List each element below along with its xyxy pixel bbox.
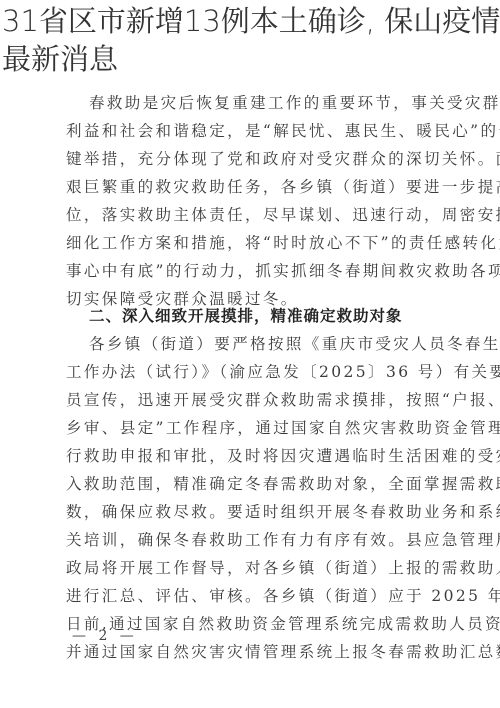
paragraph-1-line-7: 事心中有底”的行动力，抓实抓细冬春期间救灾救助各项工作， <box>66 259 500 281</box>
paragraph-2-line-8: 关培训，确保冬春救助工作有力有序有效。县应急管理局、县财 <box>66 528 500 550</box>
paragraph-2-line-4: 乡审、县定”工作程序，通过国家自然灾害救助资金管理系统进 <box>66 416 500 438</box>
paragraph-2-line-10: 进行汇总、评估、审核。各乡镇（街道）应于 2025 年 10 月 10 <box>66 584 500 606</box>
page-number: — 2 — <box>72 628 138 644</box>
article-headline: 31省区市新增13例本土确诊, 保山疫情最新消息 <box>0 0 500 78</box>
paragraph-2-line-3: 员宣传，迅速开展受灾群众救助需求摸排，按照“户报、村评、 <box>66 388 500 410</box>
paragraph-1-line-2: 利益和社会和谐稳定，是“解民忧、惠民生、暖民心”的一项关 <box>66 119 500 141</box>
paragraph-2-line-7: 数，确保应救尽救。要适时组织开展冬春救助业务和系统操作相 <box>66 500 500 522</box>
paragraph-2-line-9: 政局将开展工作督导，对各乡镇（街道）上报的需救助人员情况 <box>66 556 500 578</box>
paragraph-1-line-3: 键举措，充分体现了党和政府对受灾群众的深切关怀。面对今年 <box>66 147 500 169</box>
paragraph-2-line-6: 入救助范围，精准确定冬春需救助对象，全面掌握需救助人员底 <box>66 472 500 494</box>
paragraph-2-line-1: 各乡镇（街道）要严格按照《重庆市受灾人员冬春生活救助 <box>89 332 500 354</box>
section-heading: 二、深入细致开展摸排，精准确定救助对象 <box>89 304 403 326</box>
document-page-image: 春救助是灾后恢复重建工作的重要环节，事关受灾群众切身 利益和社会和谐稳定，是“解… <box>0 80 500 708</box>
paragraph-1-line-1: 春救助是灾后恢复重建工作的重要环节，事关受灾群众切身 <box>89 91 500 113</box>
paragraph-1-line-4: 艰巨繁重的救灾救助任务，各乡镇（街道）要进一步提高政治站 <box>66 175 500 197</box>
paragraph-1-line-5: 位，落实救助主体责任，尽早谋划、迅速行动，周密安排部署， <box>66 203 500 225</box>
paragraph-2-line-2: 工作办法（试行）》（渝应急发〔2025〕36 号）有关要求，广泛动 <box>66 360 500 382</box>
paragraph-1-line-6: 细化工作方案和措施，将“时时放心不下”的责任感转化为“事 <box>66 231 500 253</box>
paragraph-2-line-5: 行救助申报和审批，及时将因灾遭遇临时生活困难的受灾群众纳 <box>66 444 500 466</box>
